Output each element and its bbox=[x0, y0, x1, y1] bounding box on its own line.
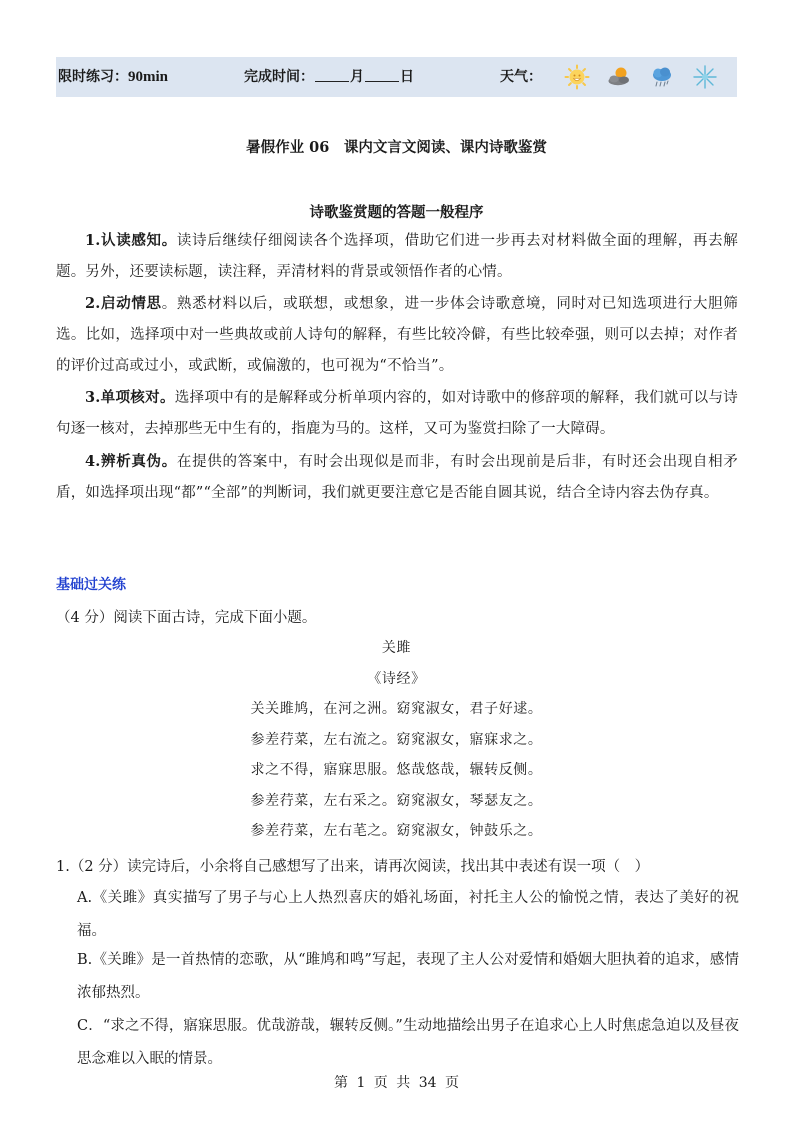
sunny-icon bbox=[564, 64, 590, 90]
time-limit-label: 限时练习： bbox=[58, 69, 128, 85]
step-3-heading: 3.单项核对。 bbox=[85, 389, 175, 406]
month-label: 月 bbox=[350, 69, 364, 85]
step-1-paragraph: 1.认读感知。读诗后继续仔细阅读各个选择项，借助它们进一步再去对材料做全面的理解… bbox=[56, 225, 738, 288]
day-label: 日 bbox=[400, 69, 414, 85]
step-2-heading: 2.启动情思 bbox=[85, 295, 162, 312]
step-1-heading: 1.认读感知。 bbox=[85, 232, 177, 249]
poem-title: 关雎 bbox=[0, 633, 793, 664]
rain-cloud-icon bbox=[649, 64, 675, 90]
weather-label: 天气： bbox=[500, 57, 542, 97]
time-limit: 限时练习：90min bbox=[58, 57, 168, 97]
assignment-title: 暑假作业 06 课内文言文阅读、课内诗歌鉴赏 bbox=[0, 136, 793, 157]
step-2-paragraph: 2.启动情思。熟悉材料以后，或联想，或想象，进一步体会诗歌意境，同时对已知选项进… bbox=[56, 288, 738, 382]
method-subtitle: 诗歌鉴赏题的答题一般程序 bbox=[0, 201, 793, 222]
poem-line: 参差荇菜，左右流之。窈窕淑女，寤寐求之。 bbox=[0, 725, 793, 756]
completion-time-label: 完成时间： bbox=[244, 69, 314, 85]
snowflake-icon bbox=[692, 64, 718, 90]
option-a: A.《关雎》真实描写了男子与心上人热烈喜庆的婚礼场面，衬托主人公的愉悦之情，表达… bbox=[77, 882, 739, 948]
option-b: B.《关雎》是一首热情的恋歌，从“雎鸠和鸣”写起，表现了主人公对爱情和婚姻大胆执… bbox=[77, 944, 739, 1010]
month-blank bbox=[315, 67, 349, 82]
completion-time: 完成时间：月日 bbox=[244, 57, 414, 97]
practice-header-bar: 限时练习：90min 完成时间：月日 天气： bbox=[56, 57, 737, 97]
poem-line: 参差荇菜，左右芼之。窈窕淑女，钟鼓乐之。 bbox=[0, 816, 793, 847]
partly-cloudy-icon bbox=[606, 64, 632, 90]
poem-block: 关雎 《诗经》 关关雎鸠，在河之洲。窈窕淑女，君子好逑。 参差荇菜，左右流之。窈… bbox=[0, 633, 793, 847]
step-4-heading: 4.辨析真伪。 bbox=[85, 453, 177, 470]
reading-instructions: （4 分）阅读下面古诗，完成下面小题。 bbox=[56, 603, 316, 633]
poem-line: 参差荇菜，左右采之。窈窕淑女，琴瑟友之。 bbox=[0, 786, 793, 817]
page-indicator: 第 1 页 共 34 页 bbox=[0, 1072, 793, 1092]
section-heading-basic-practice: 基础过关练 bbox=[56, 574, 126, 594]
question-1-stem: 1.（2 分）读完诗后，小余将自己感想写了出来，请再次阅读，找出其中表述有误一项… bbox=[56, 852, 740, 882]
time-limit-value: 90min bbox=[128, 69, 168, 85]
poem-line: 求之不得，寤寐思服。悠哉悠哉，辗转反侧。 bbox=[0, 755, 793, 786]
day-blank bbox=[365, 67, 399, 82]
poem-line: 关关雎鸠，在河之洲。窈窕淑女，君子好逑。 bbox=[0, 694, 793, 725]
option-c: C．“求之不得，寤寐思服。优哉游哉，辗转反侧。”生动地描绘出男子在追求心上人时焦… bbox=[77, 1010, 739, 1076]
step-3-paragraph: 3.单项核对。选择项中有的是解释或分析单项内容的，如对诗歌中的修辞项的解释，我们… bbox=[56, 382, 738, 445]
poem-source: 《诗经》 bbox=[0, 664, 793, 695]
step-4-paragraph: 4.辨析真伪。在提供的答案中，有时会出现似是而非，有时会出现前是后非，有时还会出… bbox=[56, 446, 738, 509]
